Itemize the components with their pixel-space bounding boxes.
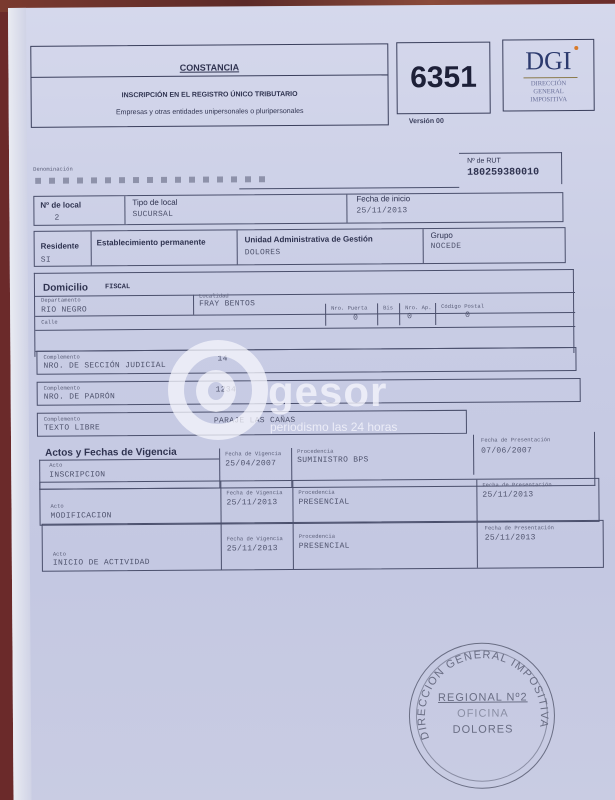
nro-puerta-value: 0 — [353, 314, 358, 323]
denominacion-underline — [239, 187, 459, 190]
complemento-name: NRO. DE PADRÓN — [44, 392, 115, 401]
nro-puerta-label: Nro. Puerta — [331, 304, 367, 311]
procedencia-value: PRESENCIAL — [299, 542, 350, 551]
tipo-local-value: SUCURSAL — [132, 210, 173, 219]
acto-label: Acto — [49, 462, 62, 469]
rut-box: Nº de RUT 180259380010 — [459, 152, 562, 185]
nro-local-value: 2 — [54, 214, 59, 223]
stamp-line-3: DOLORES — [410, 723, 556, 736]
logo-rule — [523, 77, 577, 78]
fecha-inicio-label: Fecha de inicio — [356, 194, 410, 203]
presentacion-label: Fecha de Presentación — [482, 481, 551, 488]
acto-value: MODIFICACION — [51, 511, 112, 520]
presentacion-value: 25/11/2013 — [485, 533, 536, 542]
procedencia-value: PRESENCIAL — [298, 498, 349, 507]
acto-label: Acto — [50, 503, 63, 510]
vigencia-value: 25/04/2007 — [225, 459, 276, 468]
page-edge — [8, 8, 32, 800]
local-row: Nº de local 2 Tipo de local SUCURSAL Fec… — [33, 192, 563, 226]
form-version: Versión 00 — [409, 118, 444, 125]
departamento-label: Departamento — [41, 297, 81, 304]
presentacion-label: Fecha de Presentación — [485, 524, 554, 531]
denominacion-redacted — [35, 176, 265, 184]
dgi-logo-text: DIRECCIÓN GENERAL IMPOSITIVA — [504, 80, 594, 105]
codigo-postal-label: Código Postal — [441, 303, 484, 310]
rut-label: Nº de RUT — [467, 158, 501, 165]
rut-value: 180259380010 — [467, 167, 539, 179]
document-subtitle: INSCRIPCIÓN EN EL REGISTRO ÚNICO TRIBUTA… — [32, 90, 388, 99]
presentacion-value: 25/11/2013 — [482, 490, 533, 499]
vigencia-label: Fecha de Vigencia — [226, 489, 282, 496]
dgi-logo-icon: DGI — [503, 46, 593, 77]
establecimiento-label: Establecimiento permanente — [97, 238, 206, 248]
domicilio-type: FISCAL — [105, 283, 130, 291]
nro-local-label: Nº de local — [40, 200, 81, 209]
acto-value: INICIO DE ACTIVIDAD — [53, 558, 150, 568]
watermark-tagline: periodismo las 24 horas — [270, 420, 397, 434]
presentacion-label: Fecha de Presentación — [481, 436, 550, 443]
stamp-line-1: REGIONAL Nº2 — [410, 691, 556, 704]
complemento-label: Complemento — [44, 416, 80, 423]
codigo-postal-value: 0 — [465, 311, 470, 320]
acto-row: Acto INICIO DE ACTIVIDAD Fecha de Vigenc… — [42, 520, 604, 572]
vigencia-label: Fecha de Vigencia — [225, 450, 281, 457]
presentacion-value: 07/06/2007 — [481, 446, 532, 455]
watermark-at-inner — [196, 370, 236, 412]
complemento-name: NRO. DE SECCIÓN JUDICIAL — [43, 361, 165, 371]
domicilio-section: Domicilio FISCAL Departamento RIO NEGRO … — [34, 269, 575, 357]
status-row: Residente SI Establecimiento permanente … — [34, 227, 566, 267]
unidad-label: Unidad Administrativa de Gestión — [245, 234, 373, 244]
denominacion-label: Denominación — [33, 166, 73, 173]
procedencia-value: SUMINISTRO BPS — [297, 455, 368, 464]
vigencia-value: 25/11/2013 — [227, 544, 278, 553]
dgi-stamp: DIRECCION GENERAL IMPOSITIVA REGIONAL Nº… — [408, 642, 555, 789]
residente-value: SI — [41, 256, 51, 265]
logo-dot-icon — [574, 46, 578, 50]
nro-ap-label: Nro. Ap. — [405, 304, 431, 311]
calle-label: Calle — [41, 319, 58, 326]
form-number-box: 6351 — [396, 42, 491, 115]
document-title: CONSTANCIA — [31, 61, 387, 73]
complemento-name: TEXTO LIBRE — [44, 423, 100, 432]
fecha-inicio-value: 25/11/2013 — [356, 206, 407, 215]
form-number: 6351 — [397, 61, 489, 96]
complemento-label: Complemento — [43, 354, 79, 361]
procedencia-label: Procedencia — [299, 533, 335, 540]
header-title-box: CONSTANCIA INSCRIPCIÓN EN EL REGISTRO ÚN… — [30, 43, 389, 127]
procedencia-label: Procedencia — [298, 489, 334, 496]
divider — [31, 74, 387, 77]
stamp-line-2: OFICINA — [410, 707, 556, 720]
acto-label: Acto — [53, 551, 66, 558]
vigencia-value: 25/11/2013 — [226, 498, 277, 507]
acto-value: INSCRIPCION — [49, 470, 105, 479]
residente-label: Residente — [41, 242, 79, 251]
watermark-brand: gesor — [268, 368, 387, 416]
unidad-value: DOLORES — [245, 248, 281, 257]
procedencia-label: Procedencia — [297, 448, 333, 455]
localidad-value: FRAY BENTOS — [199, 299, 255, 308]
dgi-logo-box: DGI DIRECCIÓN GENERAL IMPOSITIVA — [502, 39, 595, 112]
nro-ap-value: 0 — [407, 312, 412, 321]
grupo-value: NOCEDE — [431, 242, 462, 251]
document-description: Empresas y otras entidades unipersonales… — [32, 107, 388, 116]
complemento-label: Complemento — [44, 385, 80, 392]
vigencia-label: Fecha de Vigencia — [227, 535, 283, 542]
grupo-label: Grupo — [431, 231, 453, 240]
tipo-local-label: Tipo de local — [132, 198, 177, 207]
acto-row: Acto MODIFICACION Fecha de Vigencia 25/1… — [39, 478, 599, 526]
bis-label: Bis — [383, 304, 393, 311]
departamento-value: RIO NEGRO — [41, 305, 87, 314]
domicilio-heading: Domicilio — [43, 282, 88, 293]
